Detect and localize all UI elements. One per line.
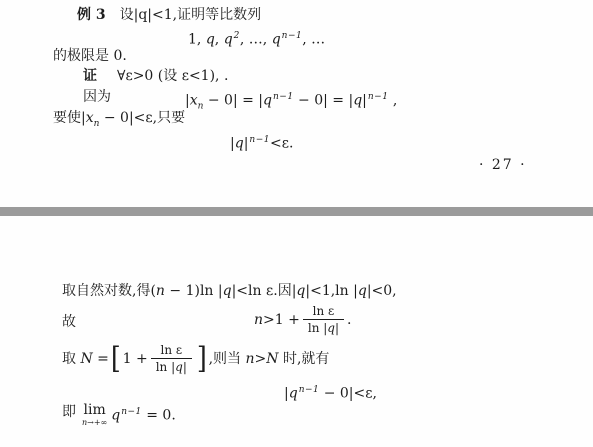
example-label: 例 3	[77, 6, 106, 24]
sequence-formula: 1, q, q2, …, qn−1, …	[188, 27, 325, 49]
fraction: ln ε ln |q|	[151, 343, 192, 374]
require-line: 要使|xn − 0|<ε,只要	[53, 109, 185, 133]
conclusion-formula: qn−1 = 0.	[111, 403, 176, 425]
lim-subscript: n→+∞	[82, 418, 107, 427]
because-label: 因为	[83, 88, 111, 106]
fraction-denominator: ln |q|	[151, 358, 192, 374]
take-lead: 取 N =	[62, 350, 109, 368]
conclusion-line: 即 lim n→+∞ qn−1 = 0.	[62, 403, 176, 427]
left-bracket: [	[110, 344, 122, 374]
n-inequality: n>1 + ln ε ln |q| .	[254, 304, 351, 335]
page-number: · 27 ·	[479, 156, 527, 174]
take-N-line: 取 N = [ 1 + ln ε ln |q| ] ,则当 n>N 时,就有	[62, 343, 329, 374]
example-text: 设|q|<1,证明等比数列	[120, 6, 261, 24]
inequality-lead: n>1 +	[254, 311, 300, 329]
log-line: 取自然对数,得(n − 1)ln |q|<ln ε.因|q|<1,ln |q|<…	[62, 282, 397, 300]
inequality-period: .	[347, 311, 351, 329]
fraction-denominator: ln |q|	[303, 319, 344, 335]
because-formula: |xn − 0| = |qn−1 − 0| = |q|n−1 ,	[185, 88, 397, 115]
bracket-inner-lead: 1 +	[123, 350, 148, 368]
condition-formula: |q|n−1<ε.	[230, 131, 293, 153]
take-tail: ,则当 n>N 时,就有	[209, 350, 330, 368]
so-label: 故	[62, 313, 76, 331]
proof-opening: 证 ∀ε>0 (设 ε<1), .	[83, 67, 228, 85]
textbook-scan-page: 例 3 设|q|<1,证明等比数列 1, q, q2, …, qn−1, … 的…	[0, 0, 593, 447]
proof-label: 证	[83, 67, 97, 85]
epsilon-inequality: |qn−1 − 0|<ε,	[284, 381, 377, 403]
limit-statement: 的极限是 0.	[53, 47, 127, 65]
conclusion-lead: 即	[62, 403, 76, 421]
right-bracket: ]	[196, 344, 208, 374]
fraction-numerator: ln ε	[308, 304, 340, 319]
proof-text: ∀ε>0 (设 ε<1), .	[117, 67, 228, 85]
example-heading: 例 3 设|q|<1,证明等比数列	[77, 6, 261, 24]
page-divider-band	[0, 207, 593, 216]
fraction-numerator: ln ε	[155, 343, 187, 358]
lim-operator: lim n→+∞	[82, 403, 107, 427]
fraction: ln ε ln |q|	[303, 304, 344, 335]
lim-label: lim	[84, 403, 106, 417]
